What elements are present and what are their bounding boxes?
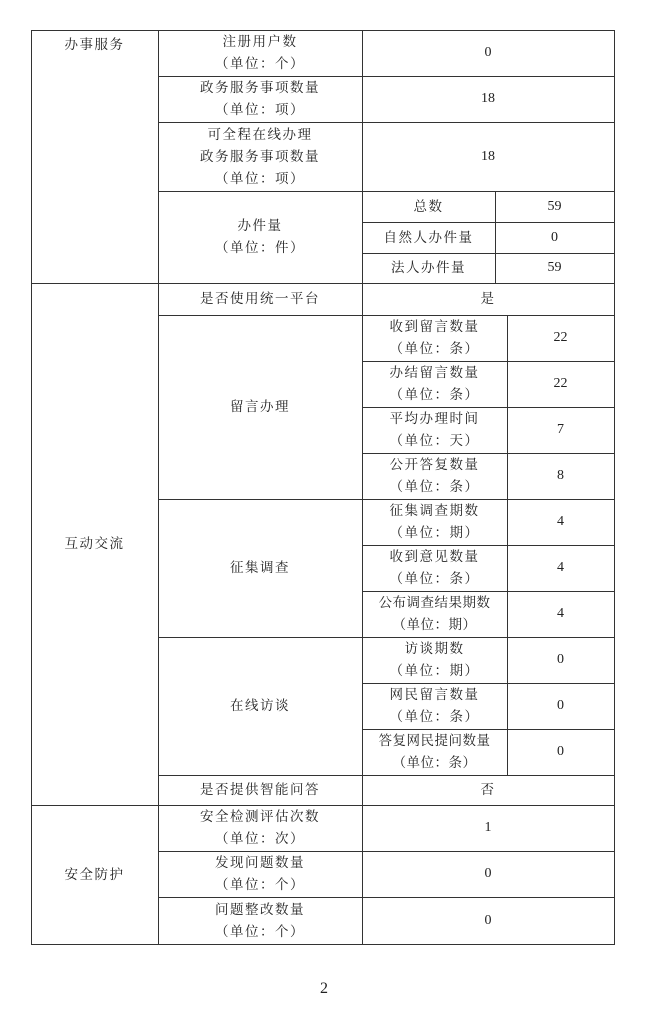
border-line <box>614 30 615 945</box>
border-line <box>31 805 615 806</box>
border-line <box>362 253 615 254</box>
unit-text: （单位：期） <box>393 614 477 636</box>
border-line <box>362 361 615 362</box>
row-value: 0 <box>362 851 614 897</box>
border-line <box>362 30 363 945</box>
label-text: 办件量 <box>238 215 283 237</box>
row-label: 注册用户数 （单位：个） <box>158 30 362 76</box>
page-number: 2 <box>0 980 648 998</box>
label-text: 收到留言数量 <box>390 316 480 338</box>
sub-label: 网民留言数量（单位：条） <box>362 683 507 729</box>
border-line <box>362 222 615 223</box>
row-value: 是 <box>362 283 614 315</box>
unit-text: （单位：条） <box>393 752 477 774</box>
label-text: 安全检测评估次数 <box>200 806 320 828</box>
border-line <box>362 591 615 592</box>
unit-text: （单位：条） <box>390 384 480 406</box>
label-text: 收到意见数量 <box>390 546 480 568</box>
row-label: 政务服务事项数量 （单位：项） <box>158 76 362 122</box>
border-line <box>158 315 615 316</box>
unit-text: （单位：项） <box>215 99 305 121</box>
row-label: 是否提供智能问答 <box>158 775 362 805</box>
sub-label: 办结留言数量（单位：条） <box>362 361 507 407</box>
border-line <box>158 499 615 500</box>
border-line <box>158 76 615 77</box>
border-line <box>158 122 615 123</box>
row-label: 安全检测评估次数（单位：次） <box>158 805 362 851</box>
sub-label: 访谈期数（单位：期） <box>362 637 507 683</box>
group-label-survey: 征集调查 <box>158 499 362 637</box>
row-value: 18 <box>362 122 614 191</box>
border-line <box>362 407 615 408</box>
label-text: 问题整改数量 <box>215 899 305 921</box>
border-line <box>158 637 615 638</box>
section-label: 安全防护 <box>65 864 125 886</box>
label-text: 注册用户数 <box>223 31 298 53</box>
label-text: 可全程在线办理 <box>208 124 313 146</box>
row-label: 问题整改数量（单位：个） <box>158 897 362 944</box>
unit-text: （单位：天） <box>390 430 480 452</box>
sub-label: 平均办理时间（单位：天） <box>362 407 507 453</box>
sub-label: 公开答复数量（单位：条） <box>362 453 507 499</box>
group-label-messages: 留言办理 <box>158 315 362 499</box>
section-security: 安全防护 <box>31 805 158 944</box>
row-value: 1 <box>362 805 614 851</box>
section-service: 办事服务 <box>31 30 158 283</box>
border-line <box>31 944 615 945</box>
unit-text: （单位：次） <box>215 828 305 850</box>
section-label: 互动交流 <box>65 533 125 555</box>
row-value: 18 <box>362 76 614 122</box>
label-text: 公布调查结果期数 <box>379 592 491 614</box>
unit-text: （单位：个） <box>215 921 305 943</box>
cases-label: 办件量 （单位：件） <box>158 191 362 283</box>
unit-text: （单位：条） <box>390 338 480 360</box>
label-text: 办结留言数量 <box>390 362 480 384</box>
unit-text: （单位：期） <box>390 660 480 682</box>
sub-label: 法人办件量 <box>362 253 495 283</box>
label-text: 征集调查期数 <box>390 500 480 522</box>
sub-value: 59 <box>495 191 614 222</box>
label-text: 答复网民提问数量 <box>379 730 491 752</box>
label-text: 政务服务事项数量 <box>200 77 320 99</box>
border-line <box>362 683 615 684</box>
border-line <box>31 283 615 284</box>
border-line <box>31 30 32 945</box>
border-line <box>158 775 615 776</box>
label-text: 公开答复数量 <box>390 454 480 476</box>
sub-value: 22 <box>507 361 614 407</box>
unit-text: （单位：件） <box>215 237 305 259</box>
sub-label: 收到意见数量（单位：条） <box>362 545 507 591</box>
unit-text: （单位：期） <box>390 522 480 544</box>
group-label-interview: 在线访谈 <box>158 637 362 775</box>
unit-text: （单位：条） <box>390 568 480 590</box>
unit-text: （单位：个） <box>215 53 305 75</box>
sub-label: 公布调查结果期数（单位：期） <box>362 591 507 637</box>
unit-text: （单位：条） <box>390 706 480 728</box>
sub-value: 0 <box>495 222 614 253</box>
sub-value: 8 <box>507 453 614 499</box>
border-line <box>158 30 159 945</box>
sub-label: 征集调查期数（单位：期） <box>362 499 507 545</box>
sub-value: 4 <box>507 545 614 591</box>
sub-value: 7 <box>507 407 614 453</box>
row-value: 0 <box>362 897 614 944</box>
label-text: 网民留言数量 <box>390 684 480 706</box>
border-line <box>495 191 496 283</box>
border-line <box>31 30 615 31</box>
sub-label: 答复网民提问数量（单位：条） <box>362 729 507 775</box>
sub-label: 收到留言数量（单位：条） <box>362 315 507 361</box>
border-line <box>362 453 615 454</box>
sub-value: 4 <box>507 499 614 545</box>
border-line <box>362 729 615 730</box>
border-line <box>158 897 615 898</box>
unit-text: （单位：条） <box>390 476 480 498</box>
section-label: 办事服务 <box>65 34 125 56</box>
sub-label: 总数 <box>362 191 495 222</box>
sub-value: 22 <box>507 315 614 361</box>
label-text: 发现问题数量 <box>215 852 305 874</box>
sub-value: 59 <box>495 253 614 283</box>
unit-text: （单位：个） <box>215 874 305 896</box>
section-interaction: 互动交流 <box>31 283 158 805</box>
sub-value: 0 <box>507 683 614 729</box>
sub-value: 4 <box>507 591 614 637</box>
sub-value: 0 <box>507 637 614 683</box>
border-line <box>362 545 615 546</box>
unit-text: （单位：项） <box>215 168 305 190</box>
row-label: 是否使用统一平台 <box>158 283 362 315</box>
label-text: 访谈期数 <box>405 638 465 660</box>
row-value: 否 <box>362 775 614 805</box>
label-text: 平均办理时间 <box>390 408 480 430</box>
border-line <box>158 191 615 192</box>
row-label: 发现问题数量（单位：个） <box>158 851 362 897</box>
row-label: 可全程在线办理 政务服务事项数量 （单位：项） <box>158 122 362 191</box>
sub-label: 自然人办件量 <box>362 222 495 253</box>
border-line <box>158 851 615 852</box>
label-text: 政务服务事项数量 <box>200 146 320 168</box>
sub-value: 0 <box>507 729 614 775</box>
row-value: 0 <box>362 30 614 76</box>
